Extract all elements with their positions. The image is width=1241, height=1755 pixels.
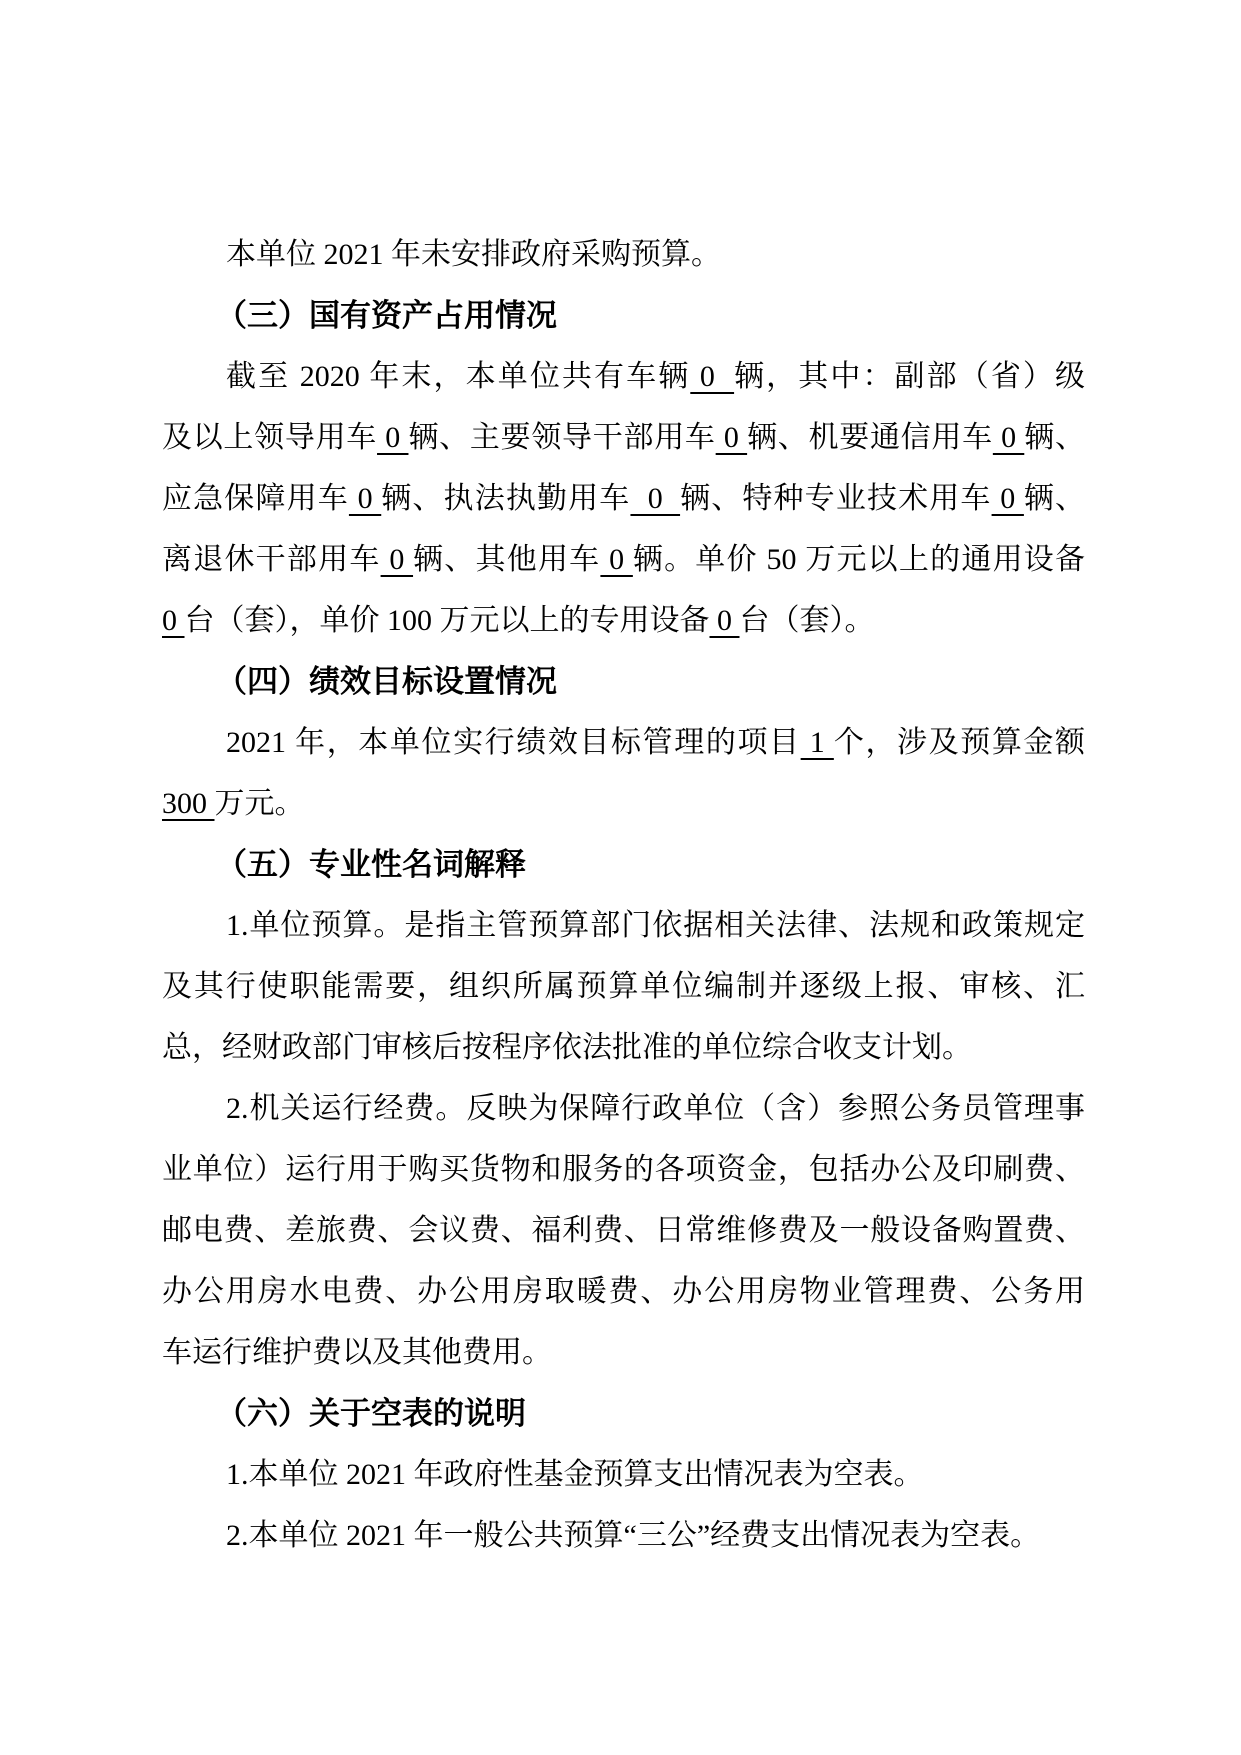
text-segment: 2.本单位 2021 年一般公共预算“三公”经费支出情况表为空表。 [226, 1519, 1040, 1552]
section-heading: （三）国有资产占用情况 [162, 285, 1085, 346]
text-segment: 邮电费、差旅费、会议费、福利费、日常维修费及一般设备购置费、 [162, 1214, 1085, 1247]
underlined-value: 0 [349, 482, 381, 515]
text-segment: （四）绩效目标设置情况 [216, 664, 557, 699]
text-segment: （五）专业性名词解释 [216, 847, 526, 882]
text-segment: 1.单位预算。是指主管预算部门依据相关法律、法规和政策规定 [226, 909, 1085, 942]
underlined-value: 0 [716, 421, 747, 454]
body-line: 应急保障用车 0 辆、执法执勤用车 0 辆、特种专业技术用车 0 辆、 [162, 468, 1085, 529]
text-segment: 总，经财政部门审核后按程序依法批准的单位综合收支计划。 [162, 1031, 972, 1064]
text-segment: 车运行维护费以及其他费用。 [162, 1336, 552, 1369]
text-segment: 辆。单价 50 万元以上的通用设备 [633, 543, 1085, 576]
text-segment: 2021 年，本单位实行绩效目标管理的项目 [226, 726, 801, 759]
text-segment: 万元。 [215, 787, 305, 820]
text-segment: 2.机关运行经费。反映为保障行政单位（含）参照公务员管理事 [226, 1092, 1085, 1125]
body-line: 2.本单位 2021 年一般公共预算“三公”经费支出情况表为空表。 [162, 1505, 1085, 1566]
text-segment: 辆，其中：副部（省）级 [734, 360, 1085, 393]
text-segment: 及其行使职能需要，组织所属预算单位编制并逐级上报、审核、汇 [162, 970, 1085, 1003]
text-segment: 辆、其他用车 [413, 543, 600, 576]
document-page: 本单位 2021 年未安排政府采购预算。（三）国有资产占用情况截至 2020 年… [0, 0, 1241, 1755]
body-line: 2.机关运行经费。反映为保障行政单位（含）参照公务员管理事 [162, 1078, 1085, 1139]
text-segment: 业单位）运行用于购买货物和服务的各项资金，包括办公及印刷费、 [162, 1153, 1085, 1186]
underlined-value: 0 [993, 421, 1024, 454]
text-segment: 应急保障用车 [162, 482, 349, 515]
underlined-value: 0 [690, 360, 734, 393]
body-line: 车运行维护费以及其他费用。 [162, 1322, 1085, 1383]
body-line: 邮电费、差旅费、会议费、福利费、日常维修费及一般设备购置费、 [162, 1200, 1085, 1261]
body-line: 截至 2020 年末，本单位共有车辆 0 辆，其中：副部（省）级 [162, 346, 1085, 407]
text-segment: 台（套），单价 100 万元以上的专用设备 [185, 604, 710, 637]
underlined-value: 1 [801, 726, 834, 759]
body-line: 业单位）运行用于购买货物和服务的各项资金，包括办公及印刷费、 [162, 1139, 1085, 1200]
body-line: 总，经财政部门审核后按程序依法批准的单位综合收支计划。 [162, 1017, 1085, 1078]
underlined-value: 0 [710, 604, 740, 637]
body-line: 1.本单位 2021 年政府性基金预算支出情况表为空表。 [162, 1444, 1085, 1505]
body-line: 离退休干部用车 0 辆、其他用车 0 辆。单价 50 万元以上的通用设备 [162, 529, 1085, 590]
underlined-value: 0 [630, 482, 680, 515]
body-line: 及以上领导用车 0 辆、主要领导干部用车 0 辆、机要通信用车 0 辆、 [162, 407, 1085, 468]
body-line: 300 万元。 [162, 773, 1085, 834]
text-segment: 辆、 [1024, 421, 1085, 454]
body-line: 及其行使职能需要，组织所属预算单位编制并逐级上报、审核、汇 [162, 956, 1085, 1017]
text-segment: 1.本单位 2021 年政府性基金预算支出情况表为空表。 [226, 1458, 924, 1491]
underlined-value: 0 [992, 482, 1024, 515]
body-line: 2021 年，本单位实行绩效目标管理的项目 1 个，涉及预算金额 [162, 712, 1085, 773]
body-line: 办公用房水电费、办公用房取暖费、办公用房物业管理费、公务用 [162, 1261, 1085, 1322]
body-line: 本单位 2021 年未安排政府采购预算。 [162, 224, 1085, 285]
text-segment: 离退休干部用车 [162, 543, 381, 576]
underlined-value: 0 [162, 604, 185, 637]
underlined-value: 0 [381, 543, 413, 576]
section-heading: （六）关于空表的说明 [162, 1383, 1085, 1444]
body-line: 1.单位预算。是指主管预算部门依据相关法律、法规和政策规定 [162, 895, 1085, 956]
section-heading: （五）专业性名词解释 [162, 834, 1085, 895]
text-segment: 及以上领导用车 [162, 421, 377, 454]
underlined-value: 0 [377, 421, 408, 454]
text-segment: （六）关于空表的说明 [216, 1396, 526, 1431]
text-segment: 辆、主要领导干部用车 [408, 421, 715, 454]
text-segment: 辆、执法执勤用车 [381, 482, 630, 515]
text-segment: 办公用房水电费、办公用房取暖费、办公用房物业管理费、公务用 [162, 1275, 1085, 1308]
text-segment: 辆、 [1024, 482, 1085, 515]
text-segment: 本单位 2021 年未安排政府采购预算。 [226, 238, 721, 271]
text-segment: （三）国有资产占用情况 [216, 298, 557, 333]
body-line: 0 台（套），单价 100 万元以上的专用设备 0 台（套）。 [162, 590, 1085, 651]
document-text-block: 本单位 2021 年未安排政府采购预算。（三）国有资产占用情况截至 2020 年… [162, 224, 1085, 1566]
text-segment: 台（套）。 [740, 604, 875, 637]
text-segment: 辆、机要通信用车 [747, 421, 993, 454]
text-segment: 辆、特种专业技术用车 [680, 482, 992, 515]
underlined-value: 0 [600, 543, 632, 576]
text-segment: 截至 2020 年末，本单位共有车辆 [226, 360, 690, 393]
underlined-value: 300 [162, 787, 215, 820]
text-segment: 个，涉及预算金额 [834, 726, 1085, 759]
section-heading: （四）绩效目标设置情况 [162, 651, 1085, 712]
